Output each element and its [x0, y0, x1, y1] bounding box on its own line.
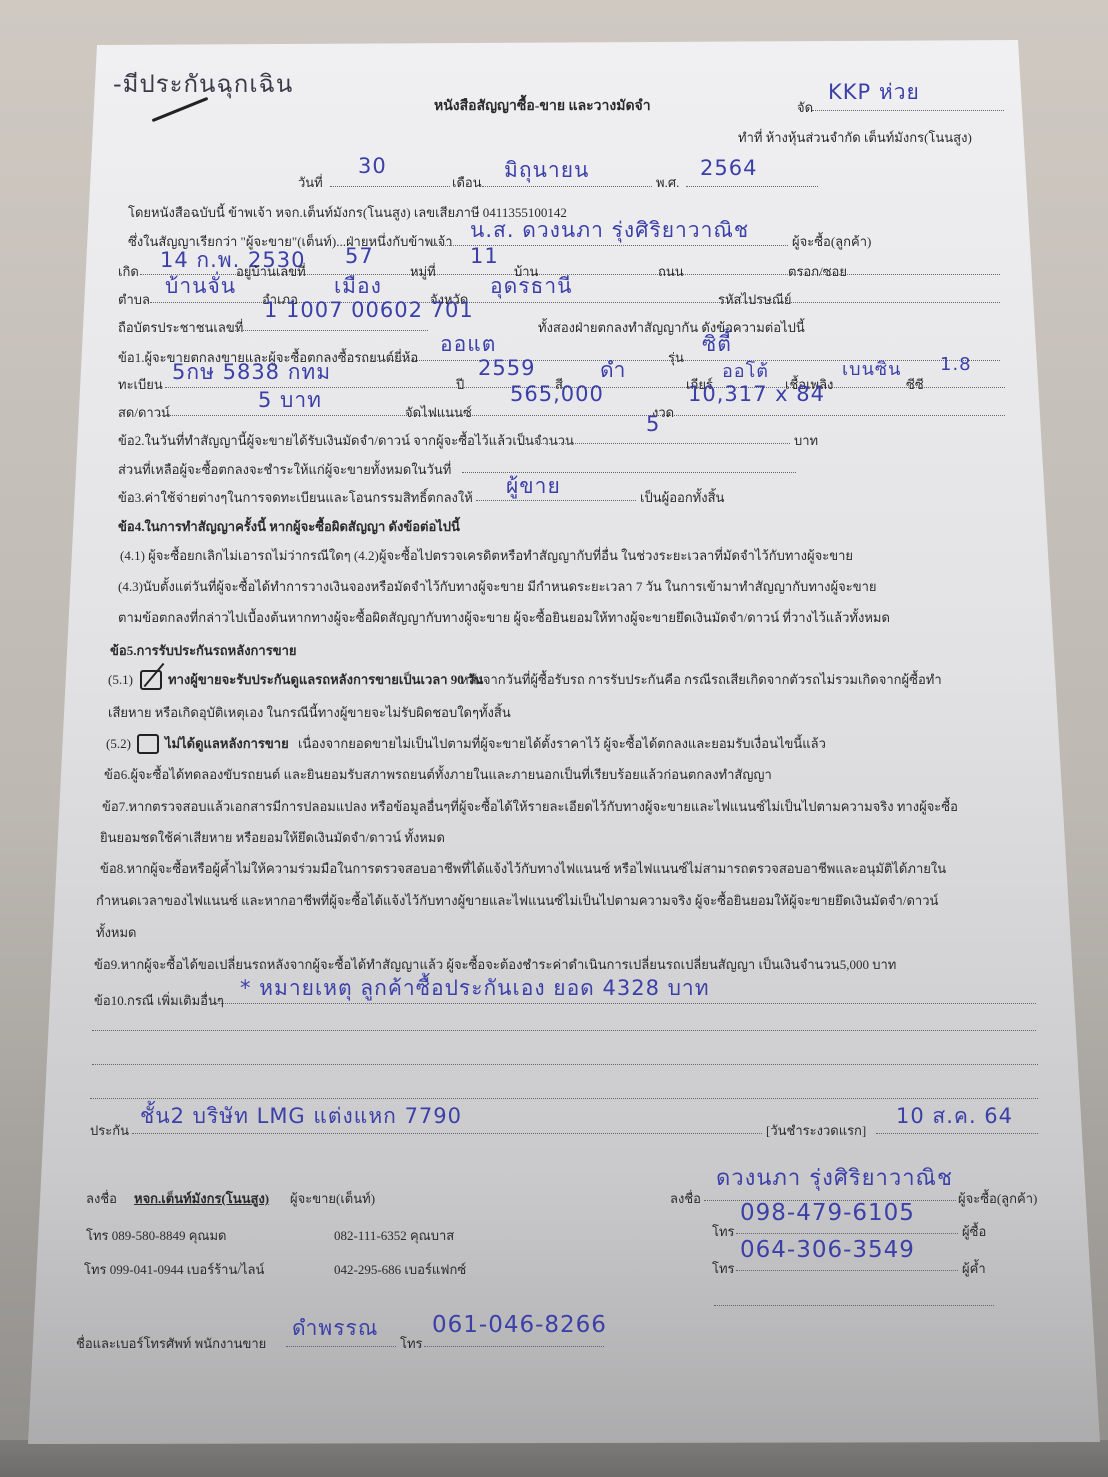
seller-sign-role: ผู้จะขาย(เต็นท์) [290, 1188, 375, 1209]
car-year-label: ปี [456, 374, 464, 395]
clause5-heading: ข้อ5.การรับประกันรถหลังการขาย [110, 640, 297, 661]
deposit-amount: 5 [646, 412, 660, 436]
place: ทำที่ ห้างหุ้นส่วนจำกัด เต็นท์มังกร(โนนส… [738, 127, 972, 148]
clause4-line1: (4.1) ผู้จะซื้อยกเลิกไม่เอารถไม่ว่ากรณีใ… [120, 545, 853, 566]
clause8-line2: กำหนดเวลาของไฟแนนซ์ และหากอาชีพที่ผู้จะซ… [96, 890, 938, 911]
clause2-remaining: ส่วนที่เหลือผู้จะซื้อตกลงจะชำระให้แก่ผู้… [118, 459, 451, 480]
road-label: ถนน [658, 261, 684, 282]
month-label: เดือน [452, 172, 482, 193]
car-cc: 1.8 [940, 354, 972, 375]
installment-value: 10,317 x 84 [688, 382, 825, 406]
contact-3: โทร 099-041-0944 เบอร์ร้าน/ไลน์ [84, 1259, 264, 1280]
down-label: สด/ดาวน์ [118, 402, 170, 423]
model-label: รุ่น [668, 347, 684, 368]
clause6: ข้อ6.ผู้จะซื้อได้ทดลองขับรถยนต์ และยินยอ… [104, 764, 772, 785]
day-value: 30 [358, 154, 387, 178]
moo-label: หมู่ที่ [410, 261, 436, 282]
seller-sign-name: หจก.เต็นท์มังกร(โนนสูง) [134, 1188, 269, 1209]
guarantor-role: ผู้ค้ำ [962, 1258, 986, 1279]
province-value: อุดรธานี [490, 270, 573, 303]
cc-label: ซีซี [906, 374, 924, 395]
house-no-value: 57 [345, 244, 374, 268]
seller-sign-label: ลงชื่อ [86, 1188, 117, 1209]
clause3-label: ข้อ3.ค่าใช้จ่ายต่างๆในการจดทะเบียนและโอน… [118, 487, 473, 508]
made-at-label: จัด [797, 97, 813, 118]
clause8-line3: ทั้งหมด [96, 922, 137, 943]
buyer-sign-label: ลงชื่อ [670, 1188, 701, 1209]
contact-2: 082-111-6352 คุณบาส [334, 1225, 454, 1246]
salesperson-label: ชื่อและเบอร์โทรศัพท์ พนักงานขาย [76, 1333, 266, 1354]
tambon-label: ตำบล [118, 289, 150, 310]
opt1-line2: เสียหาย หรือเกิดอุบัติเหตุเอง ในกรณีนี้ท… [108, 702, 511, 723]
car-gear: ออโต้ [722, 356, 769, 385]
first-due-label: [วันชำระงวดแรก] [766, 1120, 866, 1141]
day-label: วันที่ [298, 172, 323, 193]
insurance-value: ชั้น2 บริษัท LMG แต่งแหก 7790 [140, 1100, 462, 1133]
contract-paper: -มีประกันฉุกเฉิน หนังสือสัญญาซื้อ-ขาย แล… [0, 0, 1108, 1477]
buyer-sign-role: ผู้จะซื้อ(ลูกค้า) [958, 1188, 1037, 1209]
opt1-bold: ทางผู้ขายจะรับประกันดูแลรถหลังการขายเป็น… [168, 669, 483, 690]
car-year: 2559 [478, 356, 535, 380]
clause8-line1: ข้อ8.หากผู้จะซื้อหรือผู้ค้ำไม่ให้ความร่ว… [100, 858, 946, 879]
birth-label: เกิด [118, 261, 139, 282]
clause4-line3: ตามข้อตกลงที่กล่าวไปเบื้องต้นหากทางผู้จะ… [118, 607, 890, 628]
clause3-tail: เป็นผู้ออกทั้งสิ้น [640, 487, 724, 508]
buyer-signature: ดวงนภา รุ่งศิริยาวาณิช [716, 1160, 953, 1195]
opt2-text: เนื่องจากยอดขายไม่เป็นไปตามที่ผู้จะขายได… [298, 733, 826, 754]
buyer-name: น.ส. ดวงนภา รุ่งศิริยาวาณิช [470, 214, 749, 247]
clause10-label: ข้อ10.กรณี เพิ่มเติมอื่นๆ [94, 990, 224, 1011]
guarantor-tel-label: โทร [712, 1258, 735, 1279]
contact-1: โทร 089-580-8849 คุณมด [86, 1225, 227, 1246]
car-fuel: เบนซิน [842, 354, 901, 383]
no-warranty-checkbox[interactable] [137, 734, 159, 754]
clause10-note: * หมายเหตุ ลูกค้าซื้อประกันเอง ยอด 4328 … [240, 972, 710, 1005]
buyer-tel-label: โทร [712, 1221, 735, 1242]
month-value: มิถุนายน [504, 154, 589, 187]
finance-label: จัดไฟแนนซ์ [405, 402, 472, 423]
house-no-label: อยู่บ้านเลขที่ [236, 261, 306, 282]
contact-4: 042-295-686 เบอร์แฟกซ์ [334, 1259, 466, 1280]
tambon-value: บ้านจั่น [165, 270, 236, 303]
made-at-value: KKP ห่วย [828, 76, 920, 109]
year-value: 2564 [700, 156, 757, 180]
first-due-value: 10 ส.ค. 64 [896, 1100, 1013, 1133]
id-number: 1 1007 00602 701 [264, 298, 474, 322]
down-value: 5 บาท [258, 384, 322, 417]
opt2-bold: ไม่ได้ดูแลหลังการขาย [165, 733, 289, 754]
id-label: ถือบัตรประชาชนเลขที่ [118, 317, 243, 338]
car-color: ดำ [600, 354, 626, 387]
salesperson-phone: 061-046-8266 [432, 1312, 607, 1338]
plate-label: ทะเบียน [118, 374, 163, 395]
deposit-unit: บาท [794, 430, 818, 451]
opt1-text: หลังจากวันที่ผู้ซื้อรับรถ การรับประกันคื… [460, 669, 942, 690]
buyer-label: ผู้จะซื้อ(ลูกค้า) [792, 231, 871, 252]
clause2-label: ข้อ2.ในวันที่ทำสัญญานี้ผู้จะขายได้รับเงิ… [118, 430, 574, 451]
buyer-phone-role: ผู้ซื้อ [962, 1221, 986, 1242]
salesperson-name: ดำพรรณ [292, 1312, 378, 1345]
table-shadow [0, 1440, 1108, 1477]
clause4-line2: (4.3)นับตั้งแต่วันที่ผู้จะซื้อได้ทำการวา… [118, 576, 877, 597]
opt1-number: (5.1) [108, 672, 133, 688]
year-label: พ.ศ. [656, 172, 679, 193]
document-title: หนังสือสัญญาซื้อ-ขาย และวางมัดจำ [434, 95, 651, 117]
postcode-label: รหัสไปรษณีย์ [718, 289, 792, 310]
guarantor-phone: 064-306-3549 [740, 1237, 915, 1263]
clause7-line1: ข้อ7.หากตรวจสอบแล้วเอกสารมีการปลอมแปลง ห… [102, 796, 958, 817]
fee-payer: ผู้ขาย [506, 470, 561, 503]
opt2-number: (5.2) [106, 736, 131, 752]
id-tail: ทั้งสองฝ่ายตกลงทำสัญญากัน ดังข้อความต่อไ… [538, 317, 805, 338]
salesperson-tel-label: โทร [400, 1333, 423, 1354]
clause7-line2: ยินยอมชดใช้ค่าเสียหาย หรือยอมให้ยึดเงินม… [100, 827, 445, 848]
soi-label: ตรอก/ซอย [788, 261, 847, 282]
moo-value: 11 [470, 244, 499, 268]
finance-value: 565,000 [510, 382, 604, 406]
buyer-phone: 098-479-6105 [740, 1200, 915, 1226]
insurance-label: ประกัน [90, 1120, 129, 1141]
clause4-heading: ข้อ4.ในการทำสัญญาครั้งนี้ หากผู้จะซื้อผิ… [118, 516, 460, 537]
